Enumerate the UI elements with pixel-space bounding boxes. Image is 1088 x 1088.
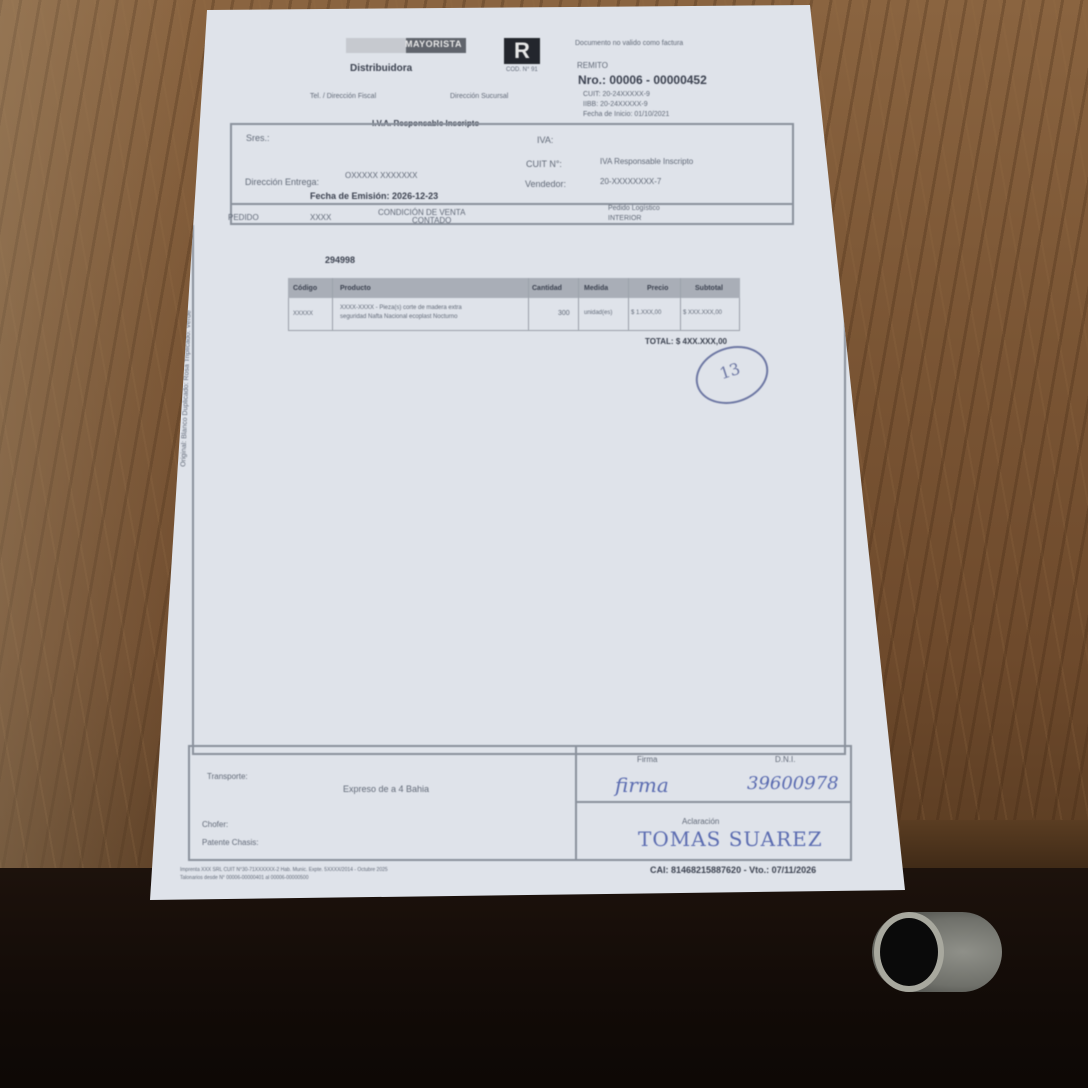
- col-price: Precio: [647, 285, 668, 292]
- client-iva-label: IVA:: [537, 135, 553, 145]
- document-type-caption: COD. N° 91: [506, 67, 538, 73]
- row-subtotal: $ XXX.XXX,00: [683, 310, 722, 316]
- tape-roll: [872, 912, 1002, 992]
- tape-roll-hole: [880, 918, 938, 986]
- issue-date: Fecha de Emisión: 2026-12-23: [310, 191, 438, 201]
- client-box: [230, 123, 794, 225]
- col-quantity: Cantidad: [532, 285, 562, 292]
- signature-label: Firma: [637, 755, 657, 764]
- order-value: XXXX: [310, 213, 331, 222]
- total: TOTAL: $ 4XX.XXX,00: [645, 337, 727, 346]
- document-number: Nro.: 00006 - 00000452: [578, 73, 707, 87]
- company-address-left: Tel. / Dirección Fiscal: [310, 93, 376, 100]
- document-name: REMITO: [577, 61, 608, 70]
- client-name-label: Sres.:: [246, 133, 270, 143]
- iibb-line: IIBB: 20-24XXXXX-9: [583, 101, 648, 108]
- sale-conditions-value: CONTADO: [412, 216, 451, 225]
- col-divider: [332, 278, 333, 331]
- order-code: 294998: [325, 255, 355, 265]
- col-subtotal: Subtotal: [695, 285, 723, 292]
- transport-label: Transporte:: [207, 772, 248, 781]
- col-unit: Medida: [584, 285, 608, 292]
- company-address-right: Dirección Sucursal: [450, 93, 508, 100]
- col-divider: [528, 278, 529, 331]
- cai-line: CAI: 81468215887620 - Vto.: 07/11/2026: [650, 865, 816, 875]
- printer-line-2: Talonarios desde N° 00006-00000401 al 00…: [180, 875, 309, 881]
- col-product: Producto: [340, 285, 371, 292]
- client-box-divider: [230, 203, 792, 205]
- col-code: Código: [293, 285, 317, 292]
- company-subtitle: Distribuidora: [350, 63, 412, 74]
- order-label: PEDIDO: [228, 213, 259, 222]
- client-cuit-label: CUIT N°:: [526, 159, 562, 169]
- row-product-line2: seguridad Nafta Nacional ecoplast Noctur…: [340, 314, 457, 320]
- document-type-letter: R: [504, 38, 540, 64]
- dni-value: 39600978: [747, 773, 839, 794]
- plate-label: Patente Chasis:: [202, 838, 258, 847]
- signature-divider: [575, 801, 850, 803]
- row-code: XXXXX: [293, 311, 313, 317]
- seller-label: Vendedor:: [525, 179, 566, 189]
- start-date-line: Fecha de Inicio: 01/10/2021: [583, 111, 669, 118]
- clarification-label: Aclaración: [682, 817, 719, 826]
- col-divider: [578, 278, 579, 331]
- delivery-address-value: OXXXXX XXXXXXX: [345, 171, 417, 180]
- row-unit: unidad(es): [584, 310, 612, 316]
- clarification-value: TOMAS SUAREZ: [638, 827, 823, 851]
- signature: firma: [615, 773, 669, 797]
- row-quantity: 300: [558, 310, 570, 317]
- legal-note: Documento no valido como factura: [575, 40, 683, 47]
- row-product: XXXX-XXXX - Pieza(s) corte de madera ext…: [340, 305, 462, 311]
- driver-label: Chofer:: [202, 820, 228, 829]
- col-divider: [680, 278, 681, 331]
- dni-label: D.N.I.: [775, 755, 795, 764]
- cuit-line: CUIT: 20-24XXXXX-9: [583, 91, 650, 98]
- row-price: $ 1.XXX,00: [631, 310, 661, 316]
- client-cuit-value: IVA Responsable Inscripto: [600, 157, 693, 166]
- transport-value: Expreso de a 4 Bahia: [343, 784, 429, 794]
- delivery-address-label: Dirección Entrega:: [245, 177, 319, 187]
- printer-line-1: Imprenta XXX SRL CUIT N°30-71XXXXXX-2 Ha…: [180, 867, 388, 873]
- col-divider: [628, 278, 629, 331]
- company-logo: MAYORISTA: [346, 38, 466, 53]
- delivery-type-label: Pedido Logístico: [608, 205, 660, 212]
- remito-document: MAYORISTA Distribuidora Tel. / Dirección…: [150, 5, 905, 900]
- delivery-type-value: INTERIOR: [608, 215, 641, 222]
- seller-value: 20-XXXXXXXX-7: [600, 177, 661, 186]
